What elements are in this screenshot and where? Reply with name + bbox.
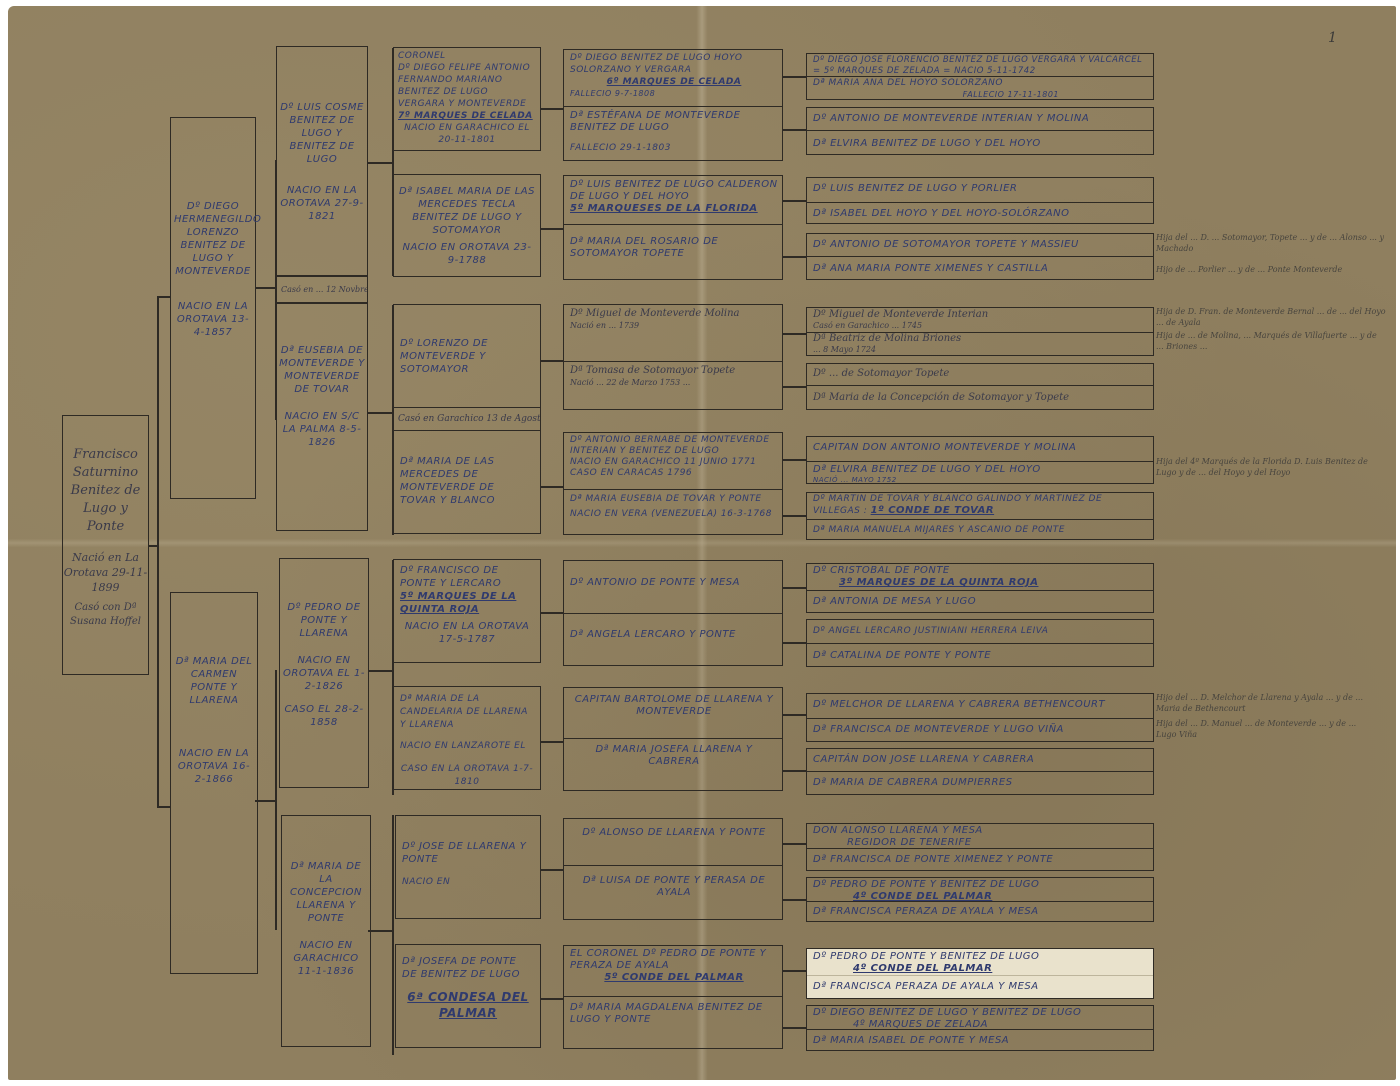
gen6-father: Dº Cristobal de Ponte 3º Marques de la Q… xyxy=(813,565,1149,589)
gen4-person-box: Dª Maria de la Candelaria de Llarena y L… xyxy=(393,686,541,790)
connector xyxy=(783,459,807,461)
gen5-person: Dª Maria Eusebia de Tovar y Ponte Nacio … xyxy=(570,493,778,520)
gen6-mother: Dª Francisca Peraza de Ayala y Mesa xyxy=(813,981,1149,993)
gen6-mother: Dª Ana Maria Ponte Ximenes y Castilla xyxy=(813,263,1149,275)
gen6-father: Dº Antonio de Monteverde Interian y Moli… xyxy=(813,113,1149,125)
gen6-father-name: Dº Pedro de Ponte y Benitez de Lugo xyxy=(813,951,1149,963)
gen5-pair: Dº Miguel de Monteverde Molina Nació en … xyxy=(563,304,783,410)
gen6-father-name: Dº Cristobal de Ponte xyxy=(813,565,1149,577)
gen5-marriage: Caso en Caracas 1796 xyxy=(570,468,778,479)
connector xyxy=(783,642,807,644)
gen4-rank: 6ª Condesa del Palmar xyxy=(402,989,534,1021)
connector xyxy=(157,806,170,808)
gen6-father-rank: 1º Conde de Tovar xyxy=(871,505,994,516)
gen6-father-name: Dº Diego Benitez de Lugo y Benitez de Lu… xyxy=(813,1007,1149,1019)
gen6-father-note: Casó en Garachico ... 1745 xyxy=(813,320,1149,331)
gen2-birth: Nacio en la Orotava 13-4-1857 xyxy=(174,300,252,339)
gen5-name: Dº Antonio Bernabe de Monteverde Interia… xyxy=(570,435,778,457)
connector xyxy=(783,843,807,845)
gen4-rank: 7º Marques de Celada xyxy=(398,110,536,122)
gen4-person-box: Dº Francisco de Ponte y Lercaro 5º Marqu… xyxy=(393,559,541,663)
gen4-birth: Nacio en la Orotava 17-5-1787 xyxy=(400,620,534,646)
gen3-person-box: Dª Eusebia de Monteverde y Monteverde de… xyxy=(276,303,368,531)
gen5-pair: Dº Antonio de Ponte y Mesa Dª Angela Ler… xyxy=(563,560,783,666)
connector xyxy=(541,612,563,614)
gen6-father: Dº Antonio de Sotomayor Topete y Massieu xyxy=(813,239,1149,251)
gen5-note: Nació en ... 1739 xyxy=(570,320,778,332)
gen4-person-box: Dª Maria de las Mercedes de Monteverde d… xyxy=(393,430,541,534)
gen5-rank: 5º Marqueses de la Florida xyxy=(570,203,778,215)
gen6-mother: Dª Maria de Cabrera Dumpierres xyxy=(813,777,1149,789)
gen6-father-rank: 3º Marques de la Quinta Roja xyxy=(813,577,1149,589)
connector xyxy=(275,670,277,930)
connector xyxy=(541,869,563,871)
margin-note: Hijo del ... D. Melchor de Llarena y Aya… xyxy=(1156,692,1376,714)
connector xyxy=(541,486,563,488)
gen6-couple: Dº Diego Jose Florencio Benitez de Lugo … xyxy=(806,53,1154,100)
gen6-couple: Dº Angel Lercaro Justiniani Herrera Leiv… xyxy=(806,619,1154,667)
gen6-couple: Dº Pedro de Ponte y Benitez de Lugo 4º C… xyxy=(806,877,1154,922)
connector xyxy=(255,800,275,802)
connector xyxy=(783,970,807,972)
gen5-person: Dª Estéfana de Monteverde Benitez de Lug… xyxy=(570,110,778,154)
connector xyxy=(157,296,159,808)
gen6-father-name: Dº Miguel de Monteverde Interian xyxy=(813,309,988,320)
gen4-birth: Nacio en Lanzarote el xyxy=(400,740,534,753)
margin-note: Hija de ... de Molina, ... Marqués de Vi… xyxy=(1156,330,1386,352)
gen5-person: El Coronel Dº Pedro de Ponte y Peraza de… xyxy=(570,948,778,984)
gen6-father: Dº Miguel de Monteverde Interian Casó en… xyxy=(813,309,1149,331)
gen5-name: Dª Maria del Rosario de Sotomayor Topete xyxy=(570,236,778,260)
gen6-mother: Dª Maria Isabel de Ponte y Mesa xyxy=(813,1035,1149,1047)
gen3-person-box: Dº Luis Cosme Benitez de Lugo y Benitez … xyxy=(276,46,368,276)
gen5-pair: Capitan Bartolome de Llarena y Monteverd… xyxy=(563,687,783,791)
gen6-couple: Dº Luis Benitez de Lugo y Porlier Dª Isa… xyxy=(806,177,1154,224)
connector xyxy=(783,76,807,78)
gen6-father-rank: 4º Conde del Palmar xyxy=(813,963,1149,975)
gen6-father: Dº Angel Lercaro Justiniani Herrera Leiv… xyxy=(813,625,1149,637)
gen4-name: Dº Francisco de Ponte y Lercaro xyxy=(400,564,534,590)
gen4-name: Dº Jose de Llarena y Ponte xyxy=(402,840,534,866)
margin-note: Hija del ... D. ... Sotomayor, Topete ..… xyxy=(1156,232,1386,254)
gen2-birth: Nacio en la Orotava 16-2-1866 xyxy=(174,747,254,786)
gen6-couple: Dº Martin de Tovar y Blanco Galindo y Ma… xyxy=(806,492,1154,540)
gen5-person: Dº Miguel de Monteverde Molina Nació en … xyxy=(570,308,778,332)
gen5-name: Dª Maria Josefa Llarena y Cabrera xyxy=(570,744,778,768)
gen5-pair: Dº Luis Benitez de Lugo Calderon de Lugo… xyxy=(563,175,783,280)
gen6-father: Dº Diego Jose Florencio Benitez de Lugo … xyxy=(813,55,1149,77)
gen6-mother-name: Dª Beatriz de Molina Briones xyxy=(813,333,961,344)
gen6-mother-note: ... 8 Mayo 1724 xyxy=(813,344,1149,355)
gen6-father: Dº ... de Sotomayor Topete xyxy=(813,368,1149,380)
gen1-name: Francisco Saturnino Benitez de Lugo y Po… xyxy=(63,446,148,536)
gen4-person-box: Dº Jose de Llarena y Ponte Nacio en xyxy=(395,815,541,919)
gen6-couple: Dº ... de Sotomayor Topete Dª Maria de l… xyxy=(806,363,1154,410)
gen5-person: Dª Maria del Rosario de Sotomayor Topete xyxy=(570,236,778,260)
gen6-father: Capitán Don Jose Llarena y Cabrera xyxy=(813,754,1149,766)
connector xyxy=(541,108,563,110)
gen5-name: Dº Alonso de Llarena y Ponte xyxy=(570,827,778,839)
gen6-mother-note: Nació ... Mayo 1752 xyxy=(813,476,1149,484)
connector xyxy=(541,998,563,1000)
gen5-pair: El Coronel Dº Pedro de Ponte y Peraza de… xyxy=(563,945,783,1049)
gen5-name: Capitan Bartolome de Llarena y Monteverd… xyxy=(570,694,778,718)
connector xyxy=(783,587,807,589)
gen5-name: Dª Maria Magdalena Benitez de Lugo y Pon… xyxy=(570,1002,778,1026)
gen6-couple: Dº Antonio de Sotomayor Topete y Massieu… xyxy=(806,233,1154,280)
connector xyxy=(157,296,170,298)
gen5-person: Dº Antonio de Ponte y Mesa xyxy=(570,577,778,589)
gen3-birth: Nacio en S/C La Palma 8-5-1826 xyxy=(279,410,365,449)
connector xyxy=(783,515,807,517)
gen4-birth: Nacio en Orotava 23-9-1788 xyxy=(398,241,536,267)
gen5-person: Dª Maria Josefa Llarena y Cabrera xyxy=(570,744,778,768)
gen6-father: Dº Melchor de Llarena y Cabrera Bethenco… xyxy=(813,699,1149,711)
gen5-person: Dº Diego Benitez de Lugo Hoyo Solorzano … xyxy=(570,52,778,100)
connector xyxy=(541,228,563,230)
gen3-name: Dª Maria de la Concepcion Llarena y Pont… xyxy=(284,860,368,925)
gen4-person-box: Coronel Dº Diego Felipe Antonio Fernando… xyxy=(393,47,541,151)
gen5-rank: 6º Marques de Celada xyxy=(570,76,778,88)
gen3-name: Dª Eusebia de Monteverde y Monteverde de… xyxy=(279,344,365,396)
gen4-birth: Nacio en Garachico el 20-11-1801 xyxy=(398,122,536,146)
gen3-person-box: Dº Pedro de Ponte y Llarena Nacio en Oro… xyxy=(279,558,369,788)
gen6-father: Don Alonso Llarena y Mesa Regidor de Ten… xyxy=(813,825,1149,849)
gen3-name: Dº Pedro de Ponte y Llarena xyxy=(282,601,366,640)
gen4-name: Dª Isabel Maria de las Mercedes Tecla Be… xyxy=(398,185,536,237)
gen5-person: Dº Antonio Bernabe de Monteverde Interia… xyxy=(570,435,778,479)
gen6-father: Dº Martin de Tovar y Blanco Galindo y Ma… xyxy=(813,494,1149,517)
connector xyxy=(541,360,563,362)
gen6-father: Dº Pedro de Ponte y Benitez de Lugo 4º C… xyxy=(813,879,1149,903)
connector xyxy=(783,386,807,388)
gen5-name: Dº Miguel de Monteverde Molina xyxy=(570,308,778,320)
gen1-marriage: Casó con Dª Susana Hoffel xyxy=(63,601,148,629)
gen5-person: Dª Luisa de Ponte y Perasa de Ayala xyxy=(570,875,778,899)
gen4-birth: Nacio en xyxy=(402,876,534,889)
gen5-pair: Dº Diego Benitez de Lugo Hoyo Solorzano … xyxy=(563,49,783,161)
gen4-title: Coronel xyxy=(398,50,536,62)
gen6-father: Dº Diego Benitez de Lugo y Benitez de Lu… xyxy=(813,1007,1149,1031)
gen3-marriage-note: Casó en ... 12 Novbre 1847 xyxy=(276,276,368,303)
gen6-father-name: Dº Pedro de Ponte y Benitez de Lugo xyxy=(813,879,1149,891)
margin-note: Hija del 4º Marqués de la Florida D. Lui… xyxy=(1156,456,1376,478)
gen5-name: Dª Tomasa de Sotomayor Topete xyxy=(570,365,778,377)
connector xyxy=(783,770,807,772)
gen3-name: Dº Luis Cosme Benitez de Lugo y Benitez … xyxy=(279,101,365,166)
gen6-mother: Dª Isabel del Hoyo y del Hoyo-Solórzano xyxy=(813,208,1149,220)
gen6-mother: Dª Elvira Benitez de Lugo y del Hoyo xyxy=(813,138,1149,150)
gen4-person-box: Dª Josefa de Ponte de Benitez de Lugo 6ª… xyxy=(395,944,541,1048)
gen6-father-name: Don Alonso Llarena y Mesa xyxy=(813,825,1149,837)
connector xyxy=(368,162,392,164)
gen5-person: Dª Tomasa de Sotomayor Topete Nació ... … xyxy=(570,365,778,389)
gen5-person: Dº Alonso de Llarena y Ponte xyxy=(570,827,778,839)
gen5-name: Dª Luisa de Ponte y Perasa de Ayala xyxy=(570,875,778,899)
connector xyxy=(783,200,807,202)
gen3-marriage: Caso el 28-2-1858 xyxy=(282,703,366,729)
margin-note: Hijo de ... Porlier ... y de ... Ponte M… xyxy=(1156,264,1386,275)
margin-note: Hija de D. Fran. de Monteverde Bernal ..… xyxy=(1156,306,1386,328)
gen5-note: Nació ... 22 de Marzo 1753 ... xyxy=(570,377,778,389)
gen6-mother: Dª Maria Ana del Hoyo Solorzano Fallecio… xyxy=(813,78,1149,100)
gen6-mother-name: Dª Elvira Benitez de Lugo y del Hoyo xyxy=(813,464,1041,475)
gen5-name: El Coronel Dº Pedro de Ponte y Peraza de… xyxy=(570,948,778,972)
gen3-birth: Nacio en Garachico 11-1-1836 xyxy=(284,939,368,978)
gen5-pair: Dº Antonio Bernabe de Monteverde Interia… xyxy=(563,432,783,535)
gen5-name: Dº Diego Benitez de Lugo Hoyo Solorzano … xyxy=(570,52,778,76)
gen5-birth: Nacio en Garachico 11 Junio 1771 xyxy=(570,457,778,468)
gen6-mother-note: Fallecio 17-11-1801 xyxy=(813,89,1149,100)
gen4-name: Dº Diego Felipe Antonio Fernando Mariano… xyxy=(398,62,536,110)
gen6-mother: Dª Francisca Peraza de Ayala y Mesa xyxy=(813,906,1149,918)
gen5-person: Dª Maria Magdalena Benitez de Lugo y Pon… xyxy=(570,1002,778,1026)
gen3-marriage: Casó en ... 12 Novbre 1847 xyxy=(281,285,368,294)
gen6-couple: Dº Melchor de Llarena y Cabrera Bethenco… xyxy=(806,693,1154,742)
connector xyxy=(783,129,807,131)
gen6-couple: Dº Miguel de Monteverde Interian Casó en… xyxy=(806,307,1154,356)
gen5-pair: Dº Alonso de Llarena y Ponte Dª Luisa de… xyxy=(563,818,783,920)
gen5-name: Dª Angela Lercaro y Ponte xyxy=(570,629,778,641)
gen5-note: Fallecio 29-1-1803 xyxy=(570,142,778,154)
gen6-couple: Dº Diego Benitez de Lugo y Benitez de Lu… xyxy=(806,1005,1154,1051)
gen4-name: Dª Maria de la Candelaria de Llarena y L… xyxy=(400,693,534,732)
gen4-marriage: Caso en la Orotava 1-7-1810 xyxy=(400,763,534,789)
gen5-name: Dª Maria Eusebia de Tovar y Ponte xyxy=(570,493,778,505)
gen4-person-box: Dª Isabel Maria de las Mercedes Tecla Be… xyxy=(393,174,541,277)
gen6-mother: Dª Elvira Benitez de Lugo y del Hoyo Nac… xyxy=(813,464,1149,484)
gen2-name: Dº Diego Hermenegildo Lorenzo Benitez de… xyxy=(174,200,252,278)
gen6-mother: Dª Beatriz de Molina Briones ... 8 Mayo … xyxy=(813,333,1149,355)
gen5-person: Capitan Bartolome de Llarena y Monteverd… xyxy=(570,694,778,718)
gen2-person-box: Dª Maria del Carmen Ponte y Llarena Naci… xyxy=(170,592,258,974)
gen6-couple: Don Alonso Llarena y Mesa Regidor de Ten… xyxy=(806,823,1154,871)
gen6-mother: Dª Francisca de Monteverde y Lugo Viña xyxy=(813,724,1149,736)
gen5-note: Fallecio 9-7-1808 xyxy=(570,88,778,100)
gen3-person-box: Dª Maria de la Concepcion Llarena y Pont… xyxy=(281,815,371,1047)
connector xyxy=(368,670,392,672)
gen6-couple: Dº Antonio de Monteverde Interian y Moli… xyxy=(806,107,1154,155)
gen3-birth: Nacio en Orotava el 1-2-1826 xyxy=(282,654,366,693)
gen6-couple-pasted-label: Dº Pedro de Ponte y Benitez de Lugo 4º C… xyxy=(806,948,1154,999)
gen6-father: Dº Luis Benitez de Lugo y Porlier xyxy=(813,183,1149,195)
connector xyxy=(783,256,807,258)
connector xyxy=(783,899,807,901)
gen5-name: Dº Luis Benitez de Lugo Calderon de Lugo… xyxy=(570,179,778,203)
gen6-couple: Capitan Don Antonio Monteverde y Molina … xyxy=(806,436,1154,484)
connector xyxy=(255,287,275,289)
gen5-person: Dª Angela Lercaro y Ponte xyxy=(570,629,778,641)
gen5-birth: Nacio en Vera (Venezuela) 16-3-1768 xyxy=(570,508,778,520)
gen2-person-box: Dº Diego Hermenegildo Lorenzo Benitez de… xyxy=(170,117,256,499)
gen4-marriage: Casó en Garachico 13 de Agosto 1821 xyxy=(398,414,541,424)
gen1-birth: Nació en La Orotava 29-11-1899 xyxy=(63,550,148,595)
gen5-person: Dº Luis Benitez de Lugo Calderon de Lugo… xyxy=(570,179,778,215)
margin-note: Hija del ... D. Manuel ... de Monteverde… xyxy=(1156,718,1376,740)
gen4-name: Dª Maria de las Mercedes de Monteverde d… xyxy=(400,455,534,507)
gen5-rank: 5º Conde del Palmar xyxy=(570,972,778,984)
gen4-marriage-note: Casó en Garachico 13 de Agosto 1821 xyxy=(393,407,541,431)
connector xyxy=(783,333,807,335)
gen5-name: Dª Estéfana de Monteverde Benitez de Lug… xyxy=(570,110,778,134)
gen2-name: Dª Maria del Carmen Ponte y Llarena xyxy=(174,655,254,707)
gen6-mother: Dª Maria Manuela Mijares y Ascanio de Po… xyxy=(813,524,1149,536)
gen6-couple: Dº Cristobal de Ponte 3º Marques de la Q… xyxy=(806,563,1154,613)
gen6-couple: Capitán Don Jose Llarena y Cabrera Dª Ma… xyxy=(806,748,1154,795)
gen3-birth: Nacio en la Orotava 27-9-1821 xyxy=(279,184,365,223)
connector xyxy=(541,741,563,743)
connector xyxy=(783,1027,807,1029)
gen6-mother-name: Dª Maria Ana del Hoyo Solorzano xyxy=(813,78,1003,88)
gen6-mother: Dª Maria de la Concepción de Sotomayor y… xyxy=(813,392,1149,404)
gen4-name: Dº Lorenzo de Monteverde y Sotomayor xyxy=(400,337,534,376)
page-number: 1 xyxy=(1328,30,1337,46)
gen6-father: Capitan Don Antonio Monteverde y Molina xyxy=(813,442,1149,454)
gen4-person-box: Dº Lorenzo de Monteverde y Sotomayor xyxy=(393,304,541,408)
gen6-mother: Dª Catalina de Ponte y Ponte xyxy=(813,650,1149,662)
connector xyxy=(368,930,392,932)
gen1-person-box: Francisco Saturnino Benitez de Lugo y Po… xyxy=(62,415,149,675)
gen5-name: Dº Antonio de Ponte y Mesa xyxy=(570,577,778,589)
gen6-mother: Dª Antonia de Mesa y Lugo xyxy=(813,596,1149,608)
gen4-rank: 5º Marques de la Quinta Roja xyxy=(400,590,534,616)
gen4-name: Dª Josefa de Ponte de Benitez de Lugo xyxy=(402,955,534,981)
connector xyxy=(368,412,392,414)
gen6-mother: Dª Francisca de Ponte Ximenez y Ponte xyxy=(813,854,1149,866)
connector xyxy=(392,815,394,1055)
connector xyxy=(783,714,807,716)
gen6-father: Dº Pedro de Ponte y Benitez de Lugo 4º C… xyxy=(813,951,1149,975)
